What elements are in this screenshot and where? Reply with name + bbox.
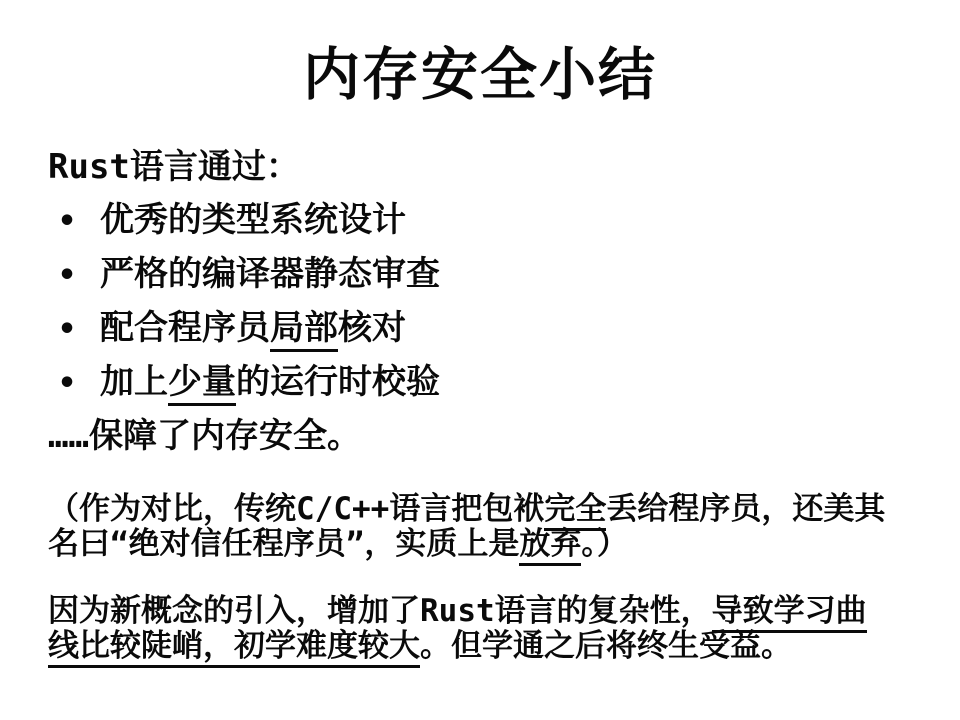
conclusion-line: ……保障了内存安全。: [48, 410, 920, 463]
bullet-item: • 严格的编译器静态审查: [48, 248, 920, 302]
bullet-list: • 优秀的类型系统设计 • 严格的编译器静态审查 • 配合程序员局部核对 • 加…: [48, 194, 920, 410]
slide-title: 内存安全小结: [0, 0, 960, 107]
comparison-paragraph: （作为对比，传统C/C++语言把包袱完全丢给程序员，还美其 名曰“绝对信任程序员…: [48, 492, 920, 562]
bullet-dot-icon: •: [48, 357, 100, 410]
paragraph-line: 因为新概念的引入，增加了Rust语言的复杂性，导致学习曲: [48, 593, 867, 633]
paragraph-line: （作为对比，传统C/C++语言把包袱完全丢给程序员，还美其: [48, 491, 885, 531]
complexity-paragraph: 因为新概念的引入，增加了Rust语言的复杂性，导致学习曲 线比较陡峭，初学难度较…: [48, 594, 920, 664]
bullet-item: • 加上少量的运行时校验: [48, 356, 920, 410]
slide: 内存安全小结 Rust语言通过： • 优秀的类型系统设计 • 严格的编译器静态审…: [0, 0, 960, 720]
bullet-item: • 配合程序员局部核对: [48, 302, 920, 356]
bullet-dot-icon: •: [48, 249, 100, 302]
bullet-text: 严格的编译器静态审查: [100, 248, 440, 301]
bullet-dot-icon: •: [48, 303, 100, 356]
intro-line: Rust语言通过：: [48, 141, 920, 194]
paragraph-line: 线比较陡峭，初学难度较大。但学通之后将终生受益。: [48, 628, 792, 668]
bullet-dot-icon: •: [48, 195, 100, 248]
bullet-text: 加上少量的运行时校验: [100, 356, 440, 409]
bullet-text: 优秀的类型系统设计: [100, 194, 406, 247]
bullet-text: 配合程序员局部核对: [100, 302, 406, 355]
slide-body: Rust语言通过： • 优秀的类型系统设计 • 严格的编译器静态审查 • 配合程…: [0, 141, 960, 664]
paragraph-line: 名曰“绝对信任程序员”，实质上是放弃。）: [48, 526, 628, 566]
bullet-item: • 优秀的类型系统设计: [48, 194, 920, 248]
